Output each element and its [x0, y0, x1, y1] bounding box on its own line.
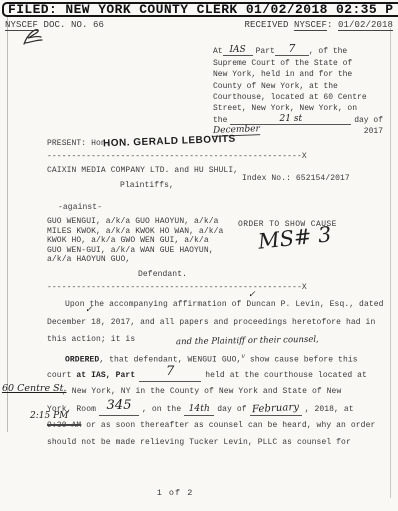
hearing-day-blank: 14th: [184, 404, 214, 416]
defendant-line: a/k/a HAOYUN GUO,: [47, 255, 223, 265]
room-number-hw: 345: [106, 398, 131, 413]
part-number-blank: 7: [139, 369, 201, 382]
venue-year: 2017: [364, 127, 383, 136]
right-scan-edge-line: [390, 28, 391, 498]
ordered-line-1-tail: show cause before this: [245, 356, 358, 365]
venue-line-2: Supreme Court of the State of: [213, 56, 383, 67]
ordered-line-5-rest: or as soon thereafter as counsel can be …: [86, 421, 375, 430]
judge-stamp: HON. GERALD LEBOVITS: [103, 134, 236, 150]
handwritten-insertion: and the Plaintiff or their counsel,: [176, 335, 319, 347]
defendant-names-block: GUO WENGUI, a/k/a GUO HAOYUN, a/k/a MILE…: [47, 217, 223, 265]
ordered-court: court: [47, 371, 76, 380]
courthouse-address-hw: 60 Centre St.: [2, 383, 66, 394]
ordered-line-5: 9:30 AM or as soon thereafter as counsel…: [47, 421, 375, 431]
received-date: 01/02/2018: [338, 20, 393, 31]
caption-separator-top: ----------------------------------------…: [47, 152, 307, 162]
venue-the: the: [213, 116, 227, 125]
handwritten-check-icon: ✓: [85, 305, 93, 315]
venue-day-hw: 21 st: [280, 114, 303, 124]
venue-part-number-blank: 7: [275, 42, 309, 56]
ordered-line-6: should not be made relieving Tucker Levi…: [47, 438, 351, 448]
defendant-line: GUO WENGUI, a/k/a GUO HAOYUN, a/k/a: [47, 217, 223, 227]
venue-part-name-hw: IAS: [229, 45, 245, 55]
venue-line-4: County of New York, at the: [213, 79, 383, 90]
venue-day-of: day of: [354, 116, 383, 125]
room-number-blank: 345: [99, 403, 139, 416]
caption-separator-bottom: ----------------------------------------…: [47, 283, 307, 293]
venue-part-label: Part: [256, 47, 275, 56]
handwritten-check-icon: ✓: [248, 290, 256, 300]
hearing-day-hw: 14th: [189, 404, 210, 414]
index-number: Index No.: 652154/2017: [242, 174, 350, 184]
venue-line-5: Courthouse, located at 60 Centre: [213, 91, 383, 102]
hearing-month-hw: February: [252, 403, 300, 415]
received-pre: RECEIVED: [244, 20, 294, 30]
ordered-line-3: , New York, NY in the County of New York…: [62, 387, 341, 397]
defendant-label: Defendant.: [138, 270, 187, 280]
received-nyscef: RECEIVED NYSCEF: 01/02/2018: [244, 20, 393, 30]
against-label: -against-: [58, 203, 102, 213]
venue-line-3: New York, held in and for the: [213, 68, 383, 79]
present-label: PRESENT: Hon.: [47, 139, 111, 149]
ordered-line-2: court at IAS, Part7held at the courthous…: [47, 369, 367, 382]
document-page: FILED: NEW YORK COUNTY CLERK 01/02/2018 …: [0, 0, 398, 511]
defendant-line: MILES KWOK, a/k/a KWOK HO WAN, a/k/a: [47, 227, 223, 237]
plaintiffs-label: Plaintiffs,: [120, 181, 174, 191]
nyscef-doc-no: NYSCEF DOC. NO. 66: [5, 20, 104, 30]
ordered-ias-part: at IAS, Part: [76, 371, 135, 380]
ordered-line-4-tail: , 2018, at: [305, 405, 354, 414]
part-number-hw: 7: [166, 364, 174, 379]
ordered-keyword: ORDERED: [65, 356, 99, 365]
defendant-line: KWOK HO, a/k/a GWO WEN GUI, a/k/a: [47, 236, 223, 246]
venue-line-1: At IAS Part 7 , of the: [213, 45, 383, 56]
on-the-label: , on the: [142, 405, 181, 414]
received-word: NYSCEF: [294, 20, 327, 31]
ordered-line-2-tail: held at the courthouse located at: [205, 371, 367, 380]
filed-banner: FILED: NEW YORK COUNTY CLERK 01/02/2018 …: [2, 2, 398, 17]
upon-line-3: this action; it is: [47, 335, 135, 345]
venue-line-7: the 21 st day of: [213, 113, 383, 124]
day-of-label: day of: [217, 405, 246, 414]
upon-line-2: December 18, 2017, and all papers and pr…: [47, 318, 375, 328]
venue-part-number-hw: 7: [288, 42, 295, 55]
venue-day-blank: 21 st: [230, 114, 351, 125]
struck-time: 9:30 AM: [47, 421, 81, 430]
venue-at: At: [213, 47, 223, 56]
venue-line-1-tail: , of the: [309, 47, 347, 56]
left-scan-edge-line: [7, 16, 8, 432]
venue-block: At IAS Part 7 , of the Supreme Court of …: [213, 45, 383, 136]
venue-part-name-blank: IAS: [223, 45, 253, 56]
margin-scribble-icon: [22, 27, 48, 47]
venue-line-8: December 2017: [213, 125, 383, 136]
filed-banner-text: FILED: NEW YORK COUNTY CLERK 01/02/2018 …: [8, 2, 393, 17]
hearing-month-blank: February: [250, 404, 302, 416]
received-sep: :: [327, 20, 338, 30]
venue-line-6: Street, New York, New York, on: [213, 102, 383, 113]
ordered-line-1: ORDERED, that defendant, WENGUI GUO,v sh…: [65, 352, 358, 366]
upon-line-1: Upon the accompanying affirmation of Dun…: [65, 300, 384, 310]
page-number: 1 of 2: [0, 488, 350, 498]
defendant-line: GUO WEN-GUI, a/k/a WAN GUE HAOYUN,: [47, 246, 223, 256]
ordered-line-4: York, Room345, on the14thday ofFebruary,…: [47, 403, 354, 416]
hearing-time-hw: 2:15 PM: [30, 411, 68, 421]
plaintiff-name: CAIXIN MEDIA COMPANY LTD. and HU SHULI,: [47, 166, 238, 176]
